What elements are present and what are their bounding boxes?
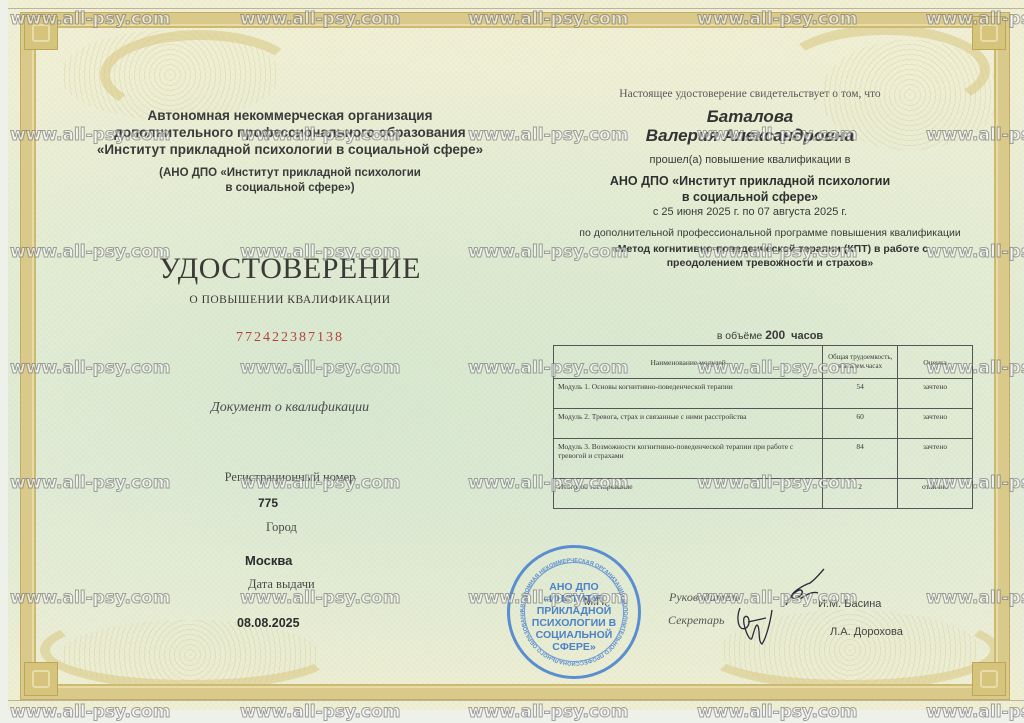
- secretary-label: Секретарь: [668, 613, 724, 628]
- reg-number: 775: [258, 496, 278, 510]
- org-line: дополнительного профессионального образо…: [80, 124, 500, 141]
- study-period: с 25 июня 2025 г. по 07 августа 2025 г.: [560, 206, 940, 218]
- volume-hours: 200: [765, 328, 785, 342]
- border-corner: [972, 662, 1006, 696]
- org-short-line: (АНО ДПО «Институт прикладной психологии: [80, 166, 500, 181]
- head-signature: [780, 565, 830, 615]
- organization-full-name: Автономная некоммерческая организация до…: [80, 107, 500, 158]
- issue-date: 08.08.2025: [237, 616, 300, 630]
- table-header-row: Наименование модулей Общая трудоемкость,…: [554, 346, 973, 379]
- module-name: Модуль 3. Возможности когнитивно-поведен…: [554, 439, 823, 479]
- passed-text: прошел(а) повышение квалификации в: [560, 154, 940, 166]
- official-stamp: АВТОНОМНАЯ НЕКОММЕРЧЕСКАЯ ОРГАНИЗАЦИЯ ДО…: [507, 545, 641, 679]
- module-hours: 54: [823, 379, 898, 409]
- head-label: Руководитель: [669, 590, 740, 605]
- org-line: Автономная некоммерческая организация: [80, 107, 500, 124]
- table-row: Итоговое тестирование 2 отлично: [554, 479, 973, 509]
- intro-text: Настоящее удостоверение свидетельствует …: [560, 88, 940, 100]
- border-corner: [972, 16, 1006, 50]
- recipient-name: Баталова Валерия Александровна: [560, 107, 940, 145]
- serial-number: 772422387138: [110, 330, 470, 346]
- program-intro: по дополнительной профессиональной прогр…: [550, 227, 990, 239]
- module-hours: 2: [823, 479, 898, 509]
- org-line: «Институт прикладной психологии в социал…: [80, 141, 500, 158]
- module-grade: зачтено: [898, 379, 973, 409]
- volume-suffix: часов: [791, 330, 823, 342]
- modules-table: Наименование модулей Общая трудоемкость,…: [553, 345, 973, 509]
- seal-place-label: М.П.: [584, 596, 607, 608]
- module-name: Итоговое тестирование: [554, 479, 823, 509]
- organization-short-name: (АНО ДПО «Институт прикладной психологии…: [80, 166, 500, 196]
- city-label: Город: [266, 520, 297, 535]
- stamp-line: СФЕРЕ»: [510, 641, 638, 653]
- border-corner: [24, 662, 58, 696]
- module-name: Модуль 2. Тревога, страх и связанные с н…: [554, 409, 823, 439]
- volume-prefix: в объёме: [717, 330, 762, 342]
- stamp-line: ПСИХОЛОГИИ В: [510, 617, 638, 629]
- org-short-line: в социальной сфере»): [80, 181, 500, 196]
- program-name-line: преодолением тревожности и страхов»: [550, 256, 990, 270]
- module-name: Модуль 1. Основы когнитивно-поведенческо…: [554, 379, 823, 409]
- table-row: Модуль 1. Основы когнитивно-поведенческо…: [554, 379, 973, 409]
- stamp-line: ПРИКЛАДНОЙ: [510, 605, 638, 617]
- institution-line: в социальной сфере»: [560, 189, 940, 205]
- header-module-name: Наименование модулей: [554, 346, 823, 379]
- recipient-surname: Баталова: [560, 107, 940, 126]
- stamp-line: СОЦИАЛЬНОЙ: [510, 629, 638, 641]
- reg-number-label: Регистрационный номер: [130, 470, 450, 485]
- volume: в объёме 200 часов: [550, 328, 990, 342]
- document-subtitle: О ПОВЫШЕНИИ КВАЛИФИКАЦИИ: [110, 294, 470, 306]
- module-grade: отлично: [898, 479, 973, 509]
- table-row: Модуль 3. Возможности когнитивно-поведен…: [554, 439, 973, 479]
- city: Москва: [245, 553, 292, 568]
- scan-top-line: [8, 8, 1024, 9]
- header-grade: Оценка: [898, 346, 973, 379]
- module-hours: 60: [823, 409, 898, 439]
- module-grade: зачтено: [898, 439, 973, 479]
- scan-bottom-line: [8, 700, 1024, 701]
- institution-line: АНО ДПО «Институт прикладной психологии: [560, 173, 940, 189]
- document-title: УДОСТОВЕРЕНИЕ: [110, 252, 470, 286]
- stamp-line: «ИНСТИТУТ: [510, 593, 638, 605]
- recipient-given-names: Валерия Александровна: [560, 126, 940, 145]
- header-hours: Общая трудоемкость, в академ.часах: [823, 346, 898, 379]
- secretary-name: Л.А. Дорохова: [830, 626, 903, 638]
- secretary-signature: [732, 598, 777, 648]
- stamp-center-text: АНО ДПО «ИНСТИТУТ ПРИКЛАДНОЙ ПСИХОЛОГИИ …: [510, 581, 638, 653]
- institution-name: АНО ДПО «Институт прикладной психологии …: [560, 173, 940, 205]
- issue-date-label: Дата выдачи: [248, 577, 315, 592]
- document-type: Документ о квалификации: [130, 400, 450, 416]
- module-hours: 84: [823, 439, 898, 479]
- program-name: «Метод когнитивно-поведенческой терапии …: [550, 242, 990, 270]
- module-grade: зачтено: [898, 409, 973, 439]
- border-corner: [24, 16, 58, 50]
- stamp-line: АНО ДПО: [510, 581, 638, 593]
- program-name-line: «Метод когнитивно-поведенческой терапии …: [550, 242, 990, 256]
- table-row: Модуль 2. Тревога, страх и связанные с н…: [554, 409, 973, 439]
